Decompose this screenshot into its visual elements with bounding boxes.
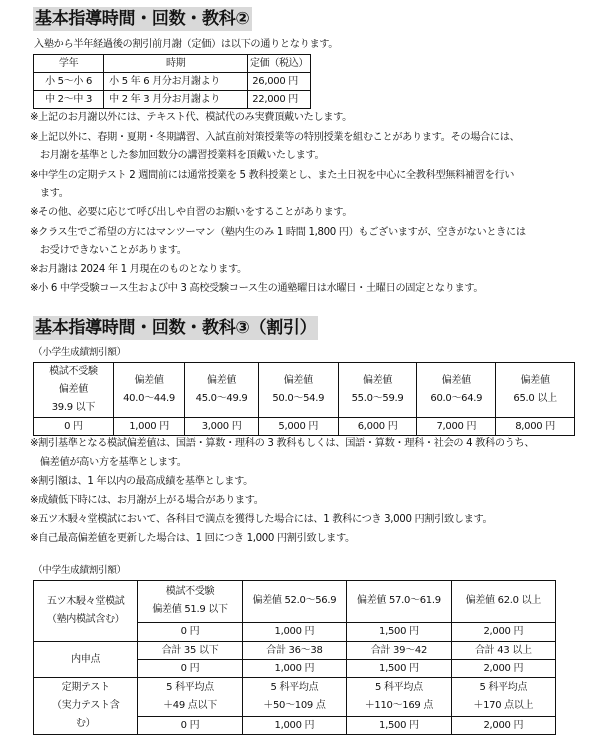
row-label-regular-test: 定期テスト （実力テスト含 む） bbox=[34, 678, 138, 735]
note: ます。 bbox=[30, 187, 69, 201]
amount-cell: 6,000 円 bbox=[338, 418, 417, 436]
criteria-cell: 合計 36～38 bbox=[242, 642, 347, 660]
amount-cell: 1,000 円 bbox=[113, 418, 185, 436]
note: ※自己最高偏差値を更新した場合は、1 回につき 1,000 円割引致します。 bbox=[30, 532, 355, 546]
header-price: 定価（税込） bbox=[248, 55, 311, 73]
period-cell: 小 5 年 6 月分お月謝より bbox=[104, 73, 248, 91]
report-card-criteria-row: 内申点 合計 35 以下 合計 36～38 合計 39～42 合計 43 以上 bbox=[34, 642, 556, 660]
price-cell: 22,000 円 bbox=[248, 91, 311, 109]
grade-cell: 中 2～中 3 bbox=[34, 91, 104, 109]
note: ※割引基準となる模試偏差値は、国語・算数・理科の 3 教科もしくは、国語・算数・… bbox=[30, 437, 534, 451]
section-heading-2: 基本指導時間・回数・教科② bbox=[33, 7, 252, 31]
note: ※その他、必要に応じて呼び出しや自習のお願いをすることがあります。 bbox=[30, 206, 352, 220]
criteria-cell: 5 科平均点 ＋50～109 点 bbox=[242, 678, 347, 717]
note: ※成績低下時には、お月謝が上がる場合があります。 bbox=[30, 494, 264, 508]
amount-cell: 5,000 円 bbox=[258, 418, 338, 436]
elementary-caption: （小学生成績割引額） bbox=[33, 346, 126, 360]
criteria-row: 模試不受験 偏差値 39.9 以下 偏差値 40.0～44.9 偏差値 45.0… bbox=[34, 363, 575, 418]
mock-exam-criteria-row: 五ツ木駸々堂模試 （塾内模試含む） 模試不受験 偏差値 51.9 以下 偏差値 … bbox=[34, 581, 556, 623]
table-row: 小 5～小 6 小 5 年 6 月分お月謝より 26,000 円 bbox=[34, 73, 311, 91]
header-grade: 学年 bbox=[34, 55, 104, 73]
note: ※上記以外に、春期・夏期・冬期講習、入試直前対策授業等の特別授業を組むことがあり… bbox=[30, 131, 519, 145]
criteria-cell: 5 科平均点 ＋110～169 点 bbox=[347, 678, 452, 717]
amount-cell: 1,000 円 bbox=[242, 622, 347, 641]
criteria-cell: 偏差値 45.0～49.9 bbox=[185, 363, 259, 418]
amount-cell: 1,500 円 bbox=[347, 660, 452, 678]
period-cell: 中 2 年 3 月分お月謝より bbox=[104, 91, 248, 109]
monthly-fee-table: 学年 時期 定価（税込） 小 5～小 6 小 5 年 6 月分お月謝より 26,… bbox=[33, 54, 311, 109]
table-row: 中 2～中 3 中 2 年 3 月分お月謝より 22,000 円 bbox=[34, 91, 311, 109]
criteria-cell: 偏差値 62.0 以上 bbox=[451, 581, 555, 623]
amount-cell: 1,000 円 bbox=[242, 717, 347, 735]
amount-cell: 0 円 bbox=[138, 660, 242, 678]
criteria-cell: 偏差値 60.0～64.9 bbox=[417, 363, 496, 418]
criteria-cell: 偏差値 50.0～54.9 bbox=[258, 363, 338, 418]
amount-cell: 2,000 円 bbox=[451, 622, 555, 641]
criteria-cell: 合計 43 以上 bbox=[451, 642, 555, 660]
amount-cell: 7,000 円 bbox=[417, 418, 496, 436]
junior-caption: （中学生成績割引額） bbox=[33, 564, 126, 578]
row-label-mock-exam: 五ツ木駸々堂模試 （塾内模試含む） bbox=[34, 581, 138, 642]
fee-intro-text: 入塾から半年経過後の割引前月謝（定価）は以下の通りとなります。 bbox=[34, 38, 338, 52]
amount-cell: 0 円 bbox=[138, 717, 242, 735]
amount-cell: 3,000 円 bbox=[185, 418, 259, 436]
criteria-cell: 偏差値 65.0 以上 bbox=[496, 363, 575, 418]
note: ※中学生の定期テスト 2 週間前には通常授業を 5 教科授業とし、また土日祝を中… bbox=[30, 169, 514, 183]
note: ※クラス生でご希望の方にはマンツーマン（塾内生のみ 1 時間 1,800 円）も… bbox=[30, 226, 526, 240]
criteria-cell: 模試不受験 偏差値 51.9 以下 bbox=[138, 581, 242, 623]
table-header-row: 学年 時期 定価（税込） bbox=[34, 55, 311, 73]
price-cell: 26,000 円 bbox=[248, 73, 311, 91]
note: 偏差値が高い方を基準とします。 bbox=[30, 456, 187, 470]
amount-cell: 1,500 円 bbox=[347, 717, 452, 735]
criteria-cell: 偏差値 57.0～61.9 bbox=[347, 581, 452, 623]
criteria-cell: 偏差値 52.0～56.9 bbox=[242, 581, 347, 623]
note: ※小 6 中学受験コース生および中 3 高校受験コース生の通塾曜日は水曜日・土曜… bbox=[30, 282, 483, 296]
section-heading-3: 基本指導時間・回数・教科③（割引） bbox=[33, 316, 318, 340]
amount-cell: 2,000 円 bbox=[451, 717, 555, 735]
amount-row: 0 円 1,000 円 3,000 円 5,000 円 6,000 円 7,00… bbox=[34, 418, 575, 436]
grade-cell: 小 5～小 6 bbox=[34, 73, 104, 91]
header-period: 時期 bbox=[104, 55, 248, 73]
criteria-cell: 5 科平均点 ＋49 点以下 bbox=[138, 678, 242, 717]
note: ※お月謝は 2024 年 1 月現在のものとなります。 bbox=[30, 263, 247, 277]
note: ※五ツ木駸々堂模試において、各科目で満点を獲得した場合には、1 教科につき 3,… bbox=[30, 513, 492, 527]
note: ※上記のお月謝以外には、テキスト代、模試代のみ実費頂戴いたします。 bbox=[30, 111, 352, 125]
criteria-cell: 5 科平均点 ＋170 点以上 bbox=[451, 678, 555, 717]
criteria-cell: 合計 35 以下 bbox=[138, 642, 242, 660]
criteria-cell: 模試不受験 偏差値 39.9 以下 bbox=[34, 363, 114, 418]
note: お受けできないことがあります。 bbox=[30, 244, 187, 258]
note: お月謝を基準とした参加回数分の講習授業料を頂戴いたします。 bbox=[30, 149, 324, 163]
criteria-cell: 合計 39～42 bbox=[347, 642, 452, 660]
junior-discount-table: 五ツ木駸々堂模試 （塾内模試含む） 模試不受験 偏差値 51.9 以下 偏差値 … bbox=[33, 580, 556, 735]
amount-cell: 1,000 円 bbox=[242, 660, 347, 678]
amount-cell: 1,500 円 bbox=[347, 622, 452, 641]
elementary-discount-table: 模試不受験 偏差値 39.9 以下 偏差値 40.0～44.9 偏差値 45.0… bbox=[33, 362, 575, 436]
amount-cell: 0 円 bbox=[34, 418, 114, 436]
note: ※割引額は、1 年以内の最高成績を基準とします。 bbox=[30, 475, 253, 489]
amount-cell: 8,000 円 bbox=[496, 418, 575, 436]
row-label-report-card: 内申点 bbox=[34, 642, 138, 678]
amount-cell: 2,000 円 bbox=[451, 660, 555, 678]
criteria-cell: 偏差値 55.0～59.9 bbox=[338, 363, 417, 418]
regular-test-criteria-row: 定期テスト （実力テスト含 む） 5 科平均点 ＋49 点以下 5 科平均点 ＋… bbox=[34, 678, 556, 717]
amount-cell: 0 円 bbox=[138, 622, 242, 641]
criteria-cell: 偏差値 40.0～44.9 bbox=[113, 363, 185, 418]
